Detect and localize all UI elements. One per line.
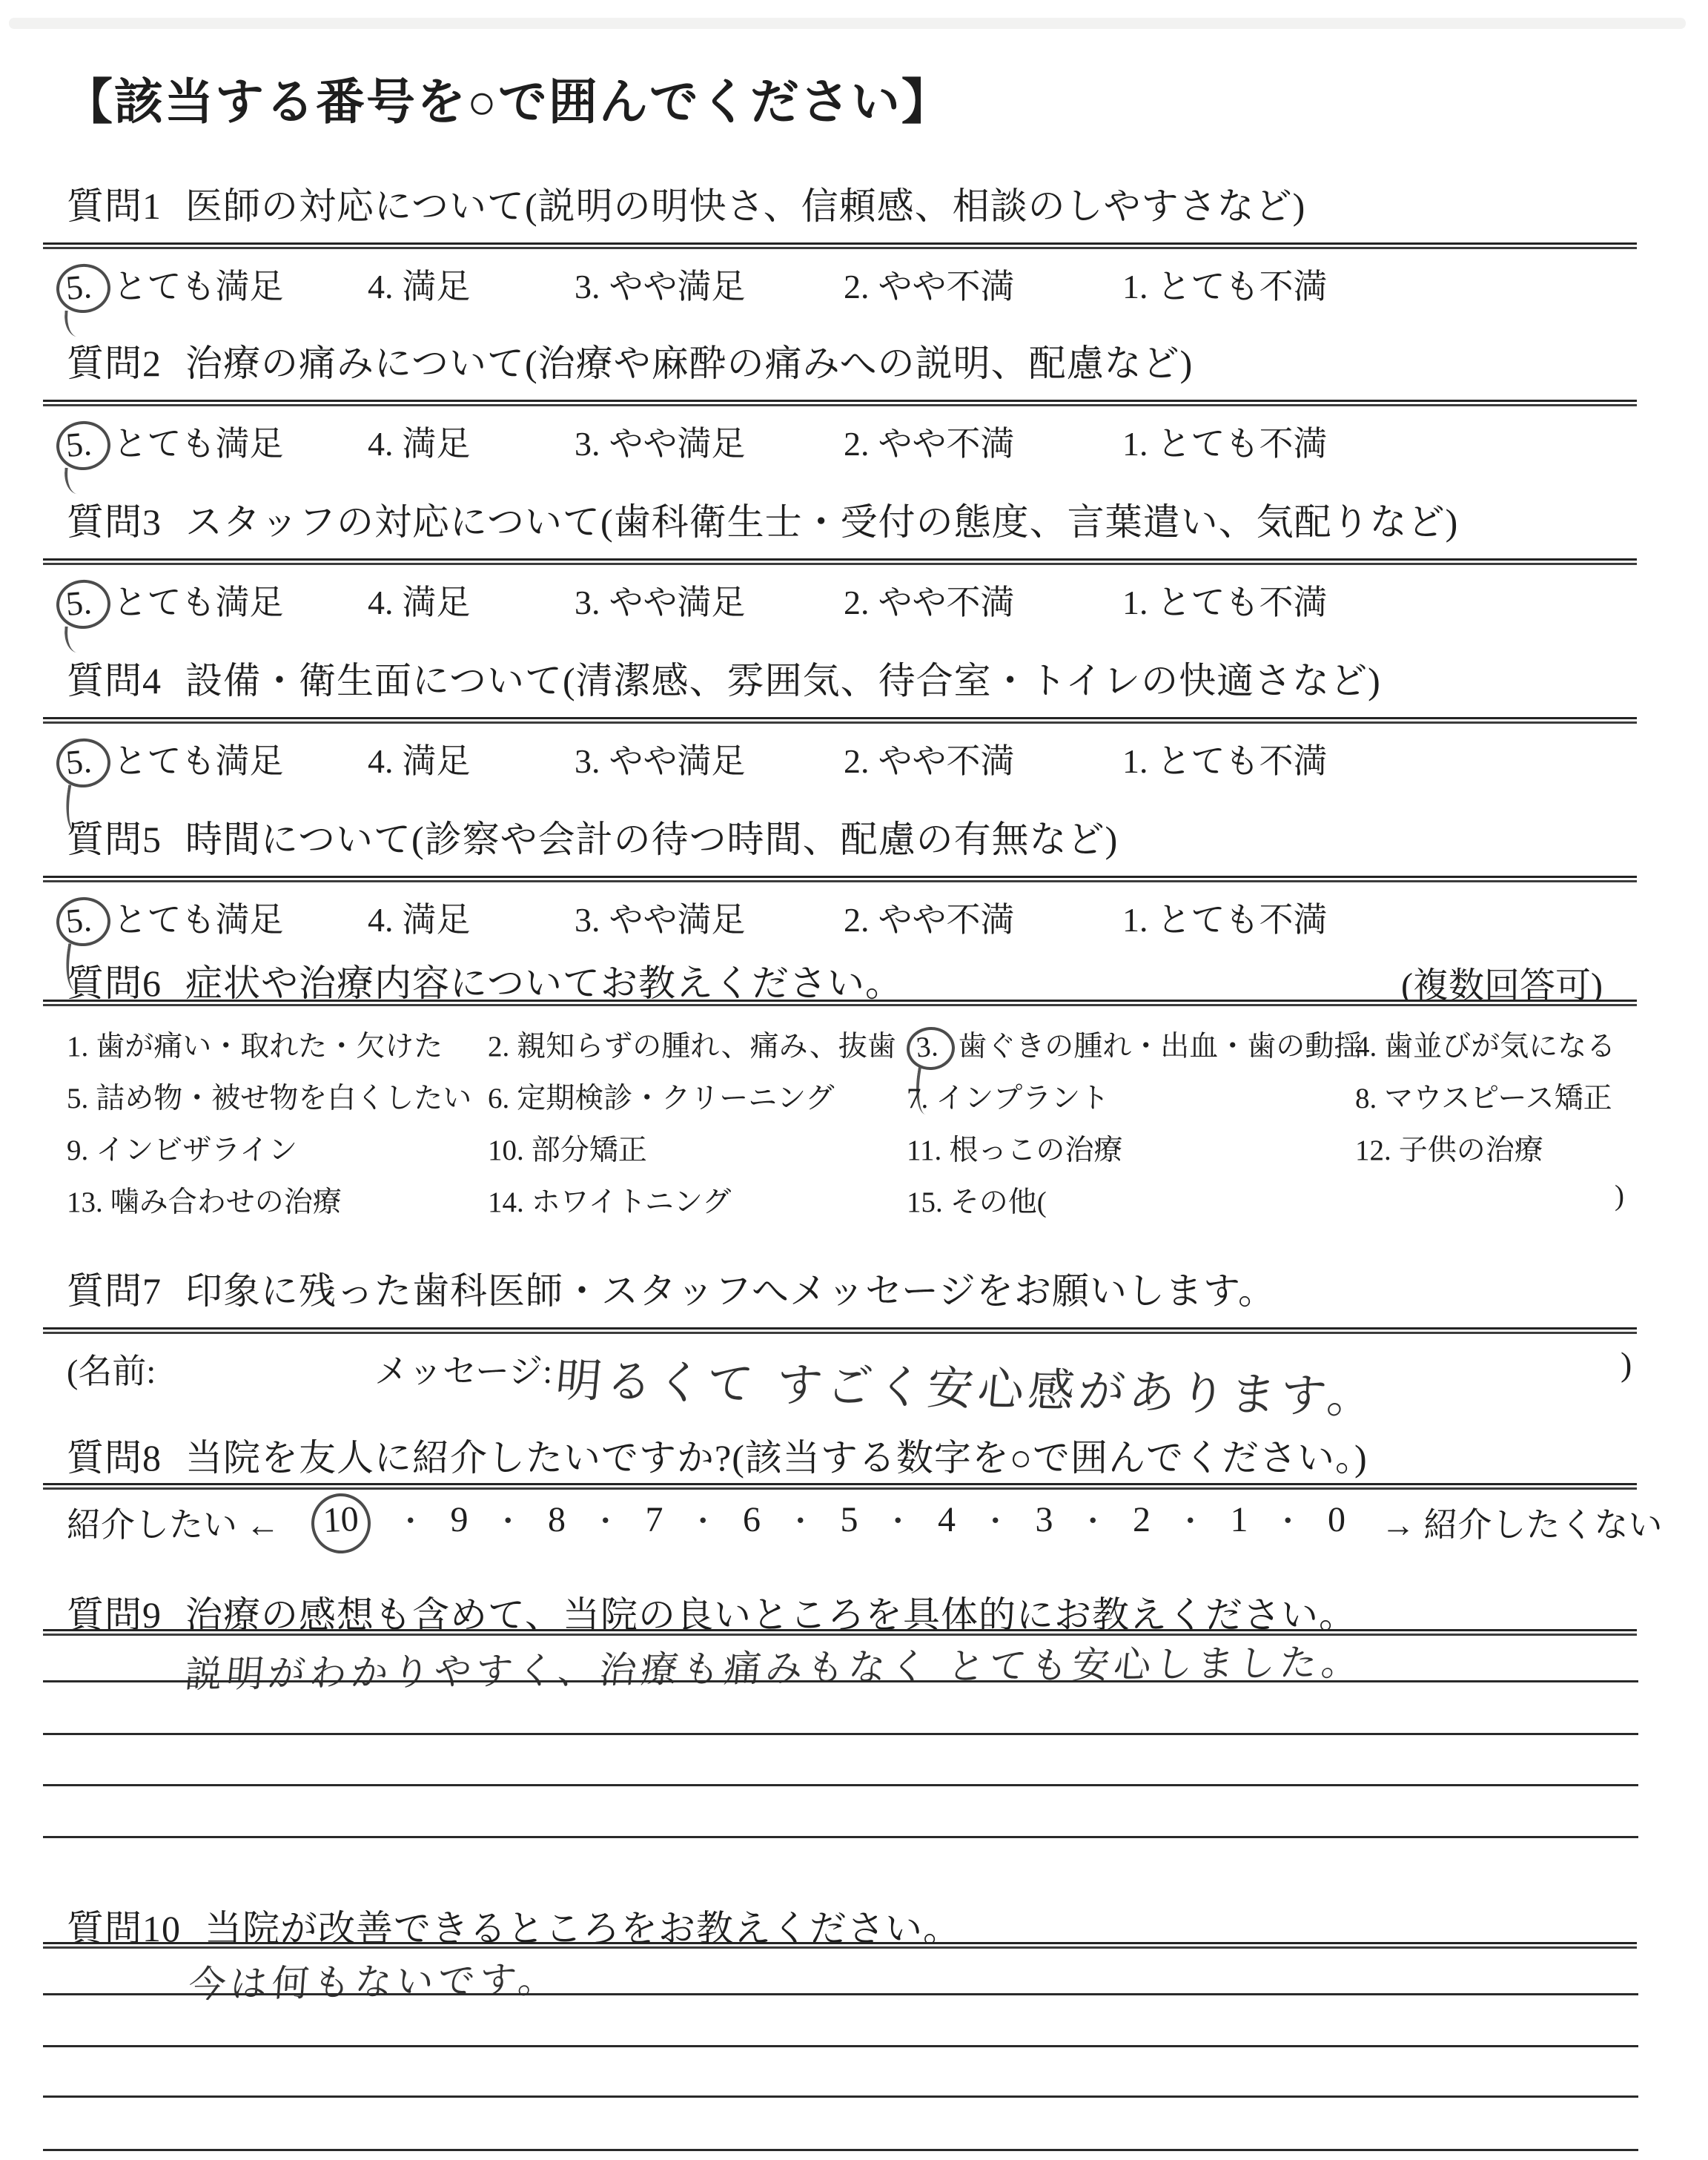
option-label: 歯ぐきの腫れ・出血・歯の動揺 <box>958 1031 1363 1063</box>
rating-options-row: 5.とても満足 4.満足 3.やや満足 2.やや不満 1.とても不満 <box>67 575 1638 627</box>
rating-option-2: 2.やや不満 <box>844 575 1015 624</box>
scale-number-7: 7 <box>646 1499 663 1540</box>
question-number-label: 質問4 <box>67 651 162 704</box>
answer-line <box>43 1680 1638 1682</box>
option-number: 1. <box>1122 901 1148 939</box>
scale-number-9: 9 <box>451 1499 469 1540</box>
option-number: 5. <box>64 267 93 307</box>
option-label: 部分矯正 <box>532 1135 647 1166</box>
selected-circle-mark: 3. <box>905 1025 957 1071</box>
option-number: 1. <box>1122 425 1148 463</box>
question-number-label: 質問7 <box>67 1261 162 1315</box>
question-heading: 質問2治療の痛みについて(治療や麻酔の痛みへの説明、配慮など) <box>67 334 1193 387</box>
question-number-label: 質問8 <box>67 1428 162 1482</box>
option-number: 6. <box>488 1083 509 1114</box>
option-number: 4. <box>368 742 394 780</box>
question-text: 当院を友人に紹介したいですか?(該当する数字を○で囲んでください。) <box>185 1437 1368 1479</box>
option-number: 3. <box>575 901 600 939</box>
option-number: 1. <box>1122 584 1148 621</box>
divider-rule <box>43 1327 1637 1334</box>
rating-option-4: 4.満足 <box>368 734 471 783</box>
rating-options-row: 5.とても満足 4.満足 3.やや満足 2.やや不満 1.とても不満 <box>67 893 1638 945</box>
rating-option-3: 3.やや満足 <box>575 734 746 783</box>
option-number: 1. <box>1122 742 1148 780</box>
symptom-option-10: 10.部分矯正 <box>488 1127 647 1169</box>
scale-separator: ・ <box>1176 1498 1205 1540</box>
option-number: 3. <box>575 268 600 305</box>
scale-number-6: 6 <box>743 1499 761 1540</box>
rating-option-3: 3.やや満足 <box>575 575 746 624</box>
option-label: とても満足 <box>113 742 284 780</box>
option-label: やや不満 <box>878 268 1015 305</box>
question-heading: 質問3スタッフの対応について(歯科衛生士・受付の態度、言葉遣い、気配りなど) <box>67 492 1458 546</box>
symptom-option-5: 5.詰め物・被せ物を白くしたい <box>67 1075 471 1117</box>
question-text: 治療の痛みについて(治療や麻酔の痛みへの説明、配慮など) <box>185 343 1193 384</box>
scale-separator: ・ <box>786 1498 815 1540</box>
scale-separator: ・ <box>1078 1498 1108 1540</box>
scale-separator: ・ <box>1273 1498 1302 1540</box>
option-number: 3. <box>575 584 600 621</box>
divider-rule <box>43 876 1637 882</box>
message-field-label: メッセージ: <box>374 1344 552 1393</box>
symptom-option-8: 8.マウスピース矯正 <box>1355 1075 1612 1117</box>
divider-rule <box>43 558 1637 565</box>
rating-option-1: 1.とても不満 <box>1122 417 1328 466</box>
question-text: 時間について(診察や会計の待つ時間、配慮の有無など) <box>185 819 1118 860</box>
handwritten-answer: 説明がわかりやすく、治療も痛みもなく とても安心しました。 <box>183 1633 1366 1699</box>
rating-option-2: 2.やや不満 <box>844 260 1015 308</box>
rating-option-4: 4.満足 <box>368 417 471 466</box>
rating-option-2: 2.やや不満 <box>844 893 1015 942</box>
question-number-label: 質問3 <box>67 492 162 546</box>
rating-option-3: 3.やや満足 <box>575 893 746 942</box>
option-label: 満足 <box>403 742 471 780</box>
symptom-option-12: 12.子供の治療 <box>1355 1127 1543 1169</box>
option-label: 根っこの治療 <box>949 1135 1122 1166</box>
option-label: 子供の治療 <box>1399 1135 1543 1166</box>
selected-circle-mark: 5. <box>54 895 112 948</box>
handwritten-message: 明るくて すごく安心感があります。 <box>553 1343 1381 1426</box>
scale-number-3: 3 <box>1036 1499 1053 1540</box>
option-number: 2. <box>844 584 870 621</box>
survey-form-page: 【該当する番号を○で囲んでください】 質問1医師の対応について(説明の明快さ、信… <box>0 0 1708 2160</box>
option-number: 10. <box>488 1135 524 1166</box>
option-label: とても満足 <box>113 268 284 305</box>
scale-number-1: 1 <box>1231 1499 1248 1540</box>
divider-rule <box>43 1483 1637 1490</box>
option-number: 4. <box>368 584 394 621</box>
option-label: とても満足 <box>113 584 284 621</box>
scale-separator: ・ <box>591 1498 620 1540</box>
question-heading: 質問1医師の対応について(説明の明快さ、信頼感、相談のしやすさなど) <box>67 176 1305 230</box>
rating-option-3: 3.やや満足 <box>575 417 746 466</box>
option-label: とても不満 <box>1157 268 1328 305</box>
rating-option-1: 1.とても不満 <box>1122 575 1328 624</box>
rating-option-3: 3.やや満足 <box>575 260 746 308</box>
recommend-left-label: 紹介したい ← <box>67 1498 280 1547</box>
symptom-option-1: 1.歯が痛い・取れた・欠けた <box>67 1023 443 1065</box>
option-label: その他( <box>950 1186 1047 1218</box>
scale-number-2: 2 <box>1133 1499 1151 1540</box>
answer-line <box>43 2095 1638 2098</box>
selected-circle-mark: 5. <box>54 578 112 631</box>
symptom-option-15-other: 15.その他( <box>907 1179 1047 1221</box>
option-label: 歯並びが気になる <box>1384 1031 1615 1063</box>
option-label: 噛み合わせの治療 <box>110 1186 342 1218</box>
answer-line <box>43 1784 1638 1786</box>
rating-options-row: 5.とても満足 4.満足 3.やや満足 2.やや不満 1.とても不満 <box>67 260 1638 311</box>
scale-number-0: 0 <box>1328 1499 1345 1540</box>
question-text: スタッフの対応について(歯科衛生士・受付の態度、言葉遣い、気配りなど) <box>185 501 1458 543</box>
question-number-label: 質問1 <box>67 176 162 230</box>
option-number: 3. <box>575 425 600 463</box>
option-number: 4. <box>1355 1031 1377 1063</box>
question-heading: 質問5時間について(診察や会計の待つ時間、配慮の有無など) <box>67 810 1118 863</box>
symptom-option-14: 14.ホワイトニング <box>488 1179 731 1221</box>
other-close-paren: ) <box>1615 1179 1624 1212</box>
option-number: 7. <box>907 1083 928 1114</box>
option-number: 2. <box>844 742 870 780</box>
selected-circle-mark: 5. <box>54 736 112 790</box>
scale-separator: ・ <box>883 1498 913 1540</box>
option-number: 5. <box>64 583 93 623</box>
scale-number-4: 4 <box>938 1499 956 1540</box>
rating-option-5: 5.とても満足 <box>56 734 284 787</box>
answer-line <box>43 1733 1638 1735</box>
option-label: インプラント <box>936 1083 1109 1114</box>
option-label: とても不満 <box>1157 425 1328 463</box>
option-number: 4. <box>368 268 394 305</box>
question-number-label: 質問2 <box>67 334 162 387</box>
option-label: 満足 <box>403 584 471 621</box>
selected-circle-mark: 5. <box>54 419 112 472</box>
answer-line <box>43 1993 1638 1995</box>
option-number: 9. <box>67 1135 88 1166</box>
option-label: やや満足 <box>609 901 746 939</box>
option-label: 満足 <box>403 268 471 305</box>
option-number: 5. <box>64 900 93 940</box>
option-number: 2. <box>844 425 870 463</box>
rating-option-1: 1.とても不満 <box>1122 734 1328 783</box>
option-label: やや不満 <box>878 584 1015 621</box>
symptom-option-11: 11.根っこの治療 <box>907 1127 1122 1169</box>
option-label: とても不満 <box>1157 584 1328 621</box>
rating-option-4: 4.満足 <box>368 893 471 942</box>
rating-options-row: 5.とても満足 4.満足 3.やや満足 2.やや不満 1.とても不満 <box>67 417 1638 469</box>
close-paren: ) <box>1621 1344 1632 1384</box>
divider-rule <box>43 717 1637 724</box>
answer-line <box>43 2045 1638 2047</box>
option-label: とても不満 <box>1157 742 1328 780</box>
option-label: ホワイトニング <box>532 1186 732 1218</box>
scale-number-8: 8 <box>548 1499 566 1540</box>
option-label: 満足 <box>403 901 471 939</box>
symptom-option-9: 9.インビザライン <box>67 1127 297 1169</box>
selected-circle-mark: 10 <box>310 1492 372 1555</box>
scale-separator: ・ <box>981 1498 1010 1540</box>
rating-option-5: 5.とても満足 <box>56 260 284 313</box>
symptom-option-2: 2.親知らずの腫れ、痛み、抜歯 <box>488 1023 896 1065</box>
option-label: インビザライン <box>96 1135 297 1166</box>
question-text: 印象に残った歯科医師・スタッフへメッセージをお願いします。 <box>185 1270 1276 1312</box>
question-text: 医師の対応について(説明の明快さ、信頼感、相談のしやすさなど) <box>185 185 1305 227</box>
selected-circle-mark: 5. <box>54 262 112 315</box>
option-label: 満足 <box>403 425 471 463</box>
option-label: マウスピース矯正 <box>1384 1083 1612 1114</box>
option-number: 3. <box>575 742 600 780</box>
option-number: 5. <box>67 1083 88 1114</box>
option-number: 8. <box>1355 1083 1377 1114</box>
divider-rule <box>43 1629 1637 1636</box>
option-number: 5. <box>64 742 93 782</box>
option-number: 2. <box>844 268 870 305</box>
option-label: やや不満 <box>878 901 1015 939</box>
question-number-label: 質問5 <box>67 810 162 863</box>
option-label: 歯が痛い・取れた・欠けた <box>96 1031 443 1063</box>
symptom-option-4: 4.歯並びが気になる <box>1355 1023 1615 1065</box>
option-label: やや不満 <box>878 742 1015 780</box>
rating-option-5: 5.とても満足 <box>56 575 284 629</box>
question-heading: 質問7印象に残った歯科医師・スタッフへメッセージをお願いします。 <box>67 1261 1276 1315</box>
option-label: とても満足 <box>113 425 284 463</box>
recommend-scale-row: 紹介したい ← 10 ・ 9 ・ 8 ・ 7 ・ 6 ・ 5 ・ 4 ・ 3 ・… <box>67 1498 1646 1565</box>
divider-rule <box>43 1942 1637 1949</box>
scale-number-10: 10 <box>322 1499 360 1540</box>
rating-option-5: 5.とても満足 <box>56 417 284 470</box>
form-title: 【該当する番号を○で囲んでください】 <box>64 62 952 133</box>
rating-option-2: 2.やや不満 <box>844 734 1015 783</box>
option-label: 定期検診・クリーニング <box>517 1083 834 1114</box>
option-number: 15. <box>907 1186 943 1218</box>
option-number: 2. <box>844 901 870 939</box>
rating-option-4: 4.満足 <box>368 575 471 624</box>
question-text: 症状や治療内容についてお教えください。 <box>185 962 903 1004</box>
option-label: やや満足 <box>609 268 746 305</box>
rating-option-1: 1.とても不満 <box>1122 893 1328 942</box>
option-number: 4. <box>368 425 394 463</box>
scale-number-5: 5 <box>841 1499 858 1540</box>
option-number: 12. <box>1355 1135 1391 1166</box>
option-label: とても満足 <box>113 901 284 939</box>
option-number: 4. <box>368 901 394 939</box>
option-number: 1. <box>67 1031 88 1063</box>
rating-option-2: 2.やや不満 <box>844 417 1015 466</box>
option-label: やや満足 <box>609 584 746 621</box>
question-heading: 質問4設備・衛生面について(清潔感、雰囲気、待合室・トイレの快適さなど) <box>67 651 1381 704</box>
question-heading: 質問8当院を友人に紹介したいですか?(該当する数字を○で囲んでください。) <box>67 1428 1368 1482</box>
symptom-option-6: 6.定期検診・クリーニング <box>488 1075 834 1117</box>
recommend-right-label: → 紹介したくない <box>1381 1498 1663 1547</box>
handwritten-answer: 今は何もないです。 <box>187 1949 561 2008</box>
option-label: 親知らずの腫れ、痛み、抜歯 <box>517 1031 896 1063</box>
divider-rule <box>43 1000 1637 1006</box>
option-number: 3. <box>915 1030 939 1063</box>
rating-option-5: 5.とても満足 <box>56 893 284 946</box>
scale-separator: ・ <box>396 1498 426 1540</box>
symptom-option-7: 7.インプラント <box>907 1075 1109 1117</box>
symptom-option-13: 13.噛み合わせの治療 <box>67 1179 342 1221</box>
option-number: 14. <box>488 1186 524 1218</box>
option-number: 1. <box>1122 268 1148 305</box>
symptom-option-3: 3.歯ぐきの腫れ・出血・歯の動揺 <box>907 1023 1363 1070</box>
name-field-label: (名前: <box>67 1344 156 1393</box>
option-label: とても不満 <box>1157 901 1328 939</box>
option-label: やや満足 <box>609 425 746 463</box>
option-number: 5. <box>64 424 93 464</box>
answer-line <box>43 2149 1638 2151</box>
scan-artifact-band <box>9 18 1686 29</box>
scale-separator: ・ <box>493 1498 523 1540</box>
option-label: 詰め物・被せ物を白くしたい <box>96 1083 471 1114</box>
divider-rule <box>43 242 1637 249</box>
rating-option-1: 1.とても不満 <box>1122 260 1328 308</box>
rating-options-row: 5.とても満足 4.満足 3.やや満足 2.やや不満 1.とても不満 <box>67 734 1638 786</box>
option-label: やや満足 <box>609 742 746 780</box>
recommend-number-scale: 10 ・ 9 ・ 8 ・ 7 ・ 6 ・ 5 ・ 4 ・ 3 ・ 2 ・ 1 ・ <box>311 1498 1345 1553</box>
answer-line <box>43 1836 1638 1838</box>
option-number: 2. <box>488 1031 509 1063</box>
option-label: やや不満 <box>878 425 1015 463</box>
scale-separator: ・ <box>688 1498 718 1540</box>
rating-option-4: 4.満足 <box>368 260 471 308</box>
divider-rule <box>43 400 1637 406</box>
option-number: 13. <box>67 1186 103 1218</box>
option-number: 11. <box>907 1135 941 1166</box>
question-text: 設備・衛生面について(清潔感、雰囲気、待合室・トイレの快適さなど) <box>185 660 1381 701</box>
